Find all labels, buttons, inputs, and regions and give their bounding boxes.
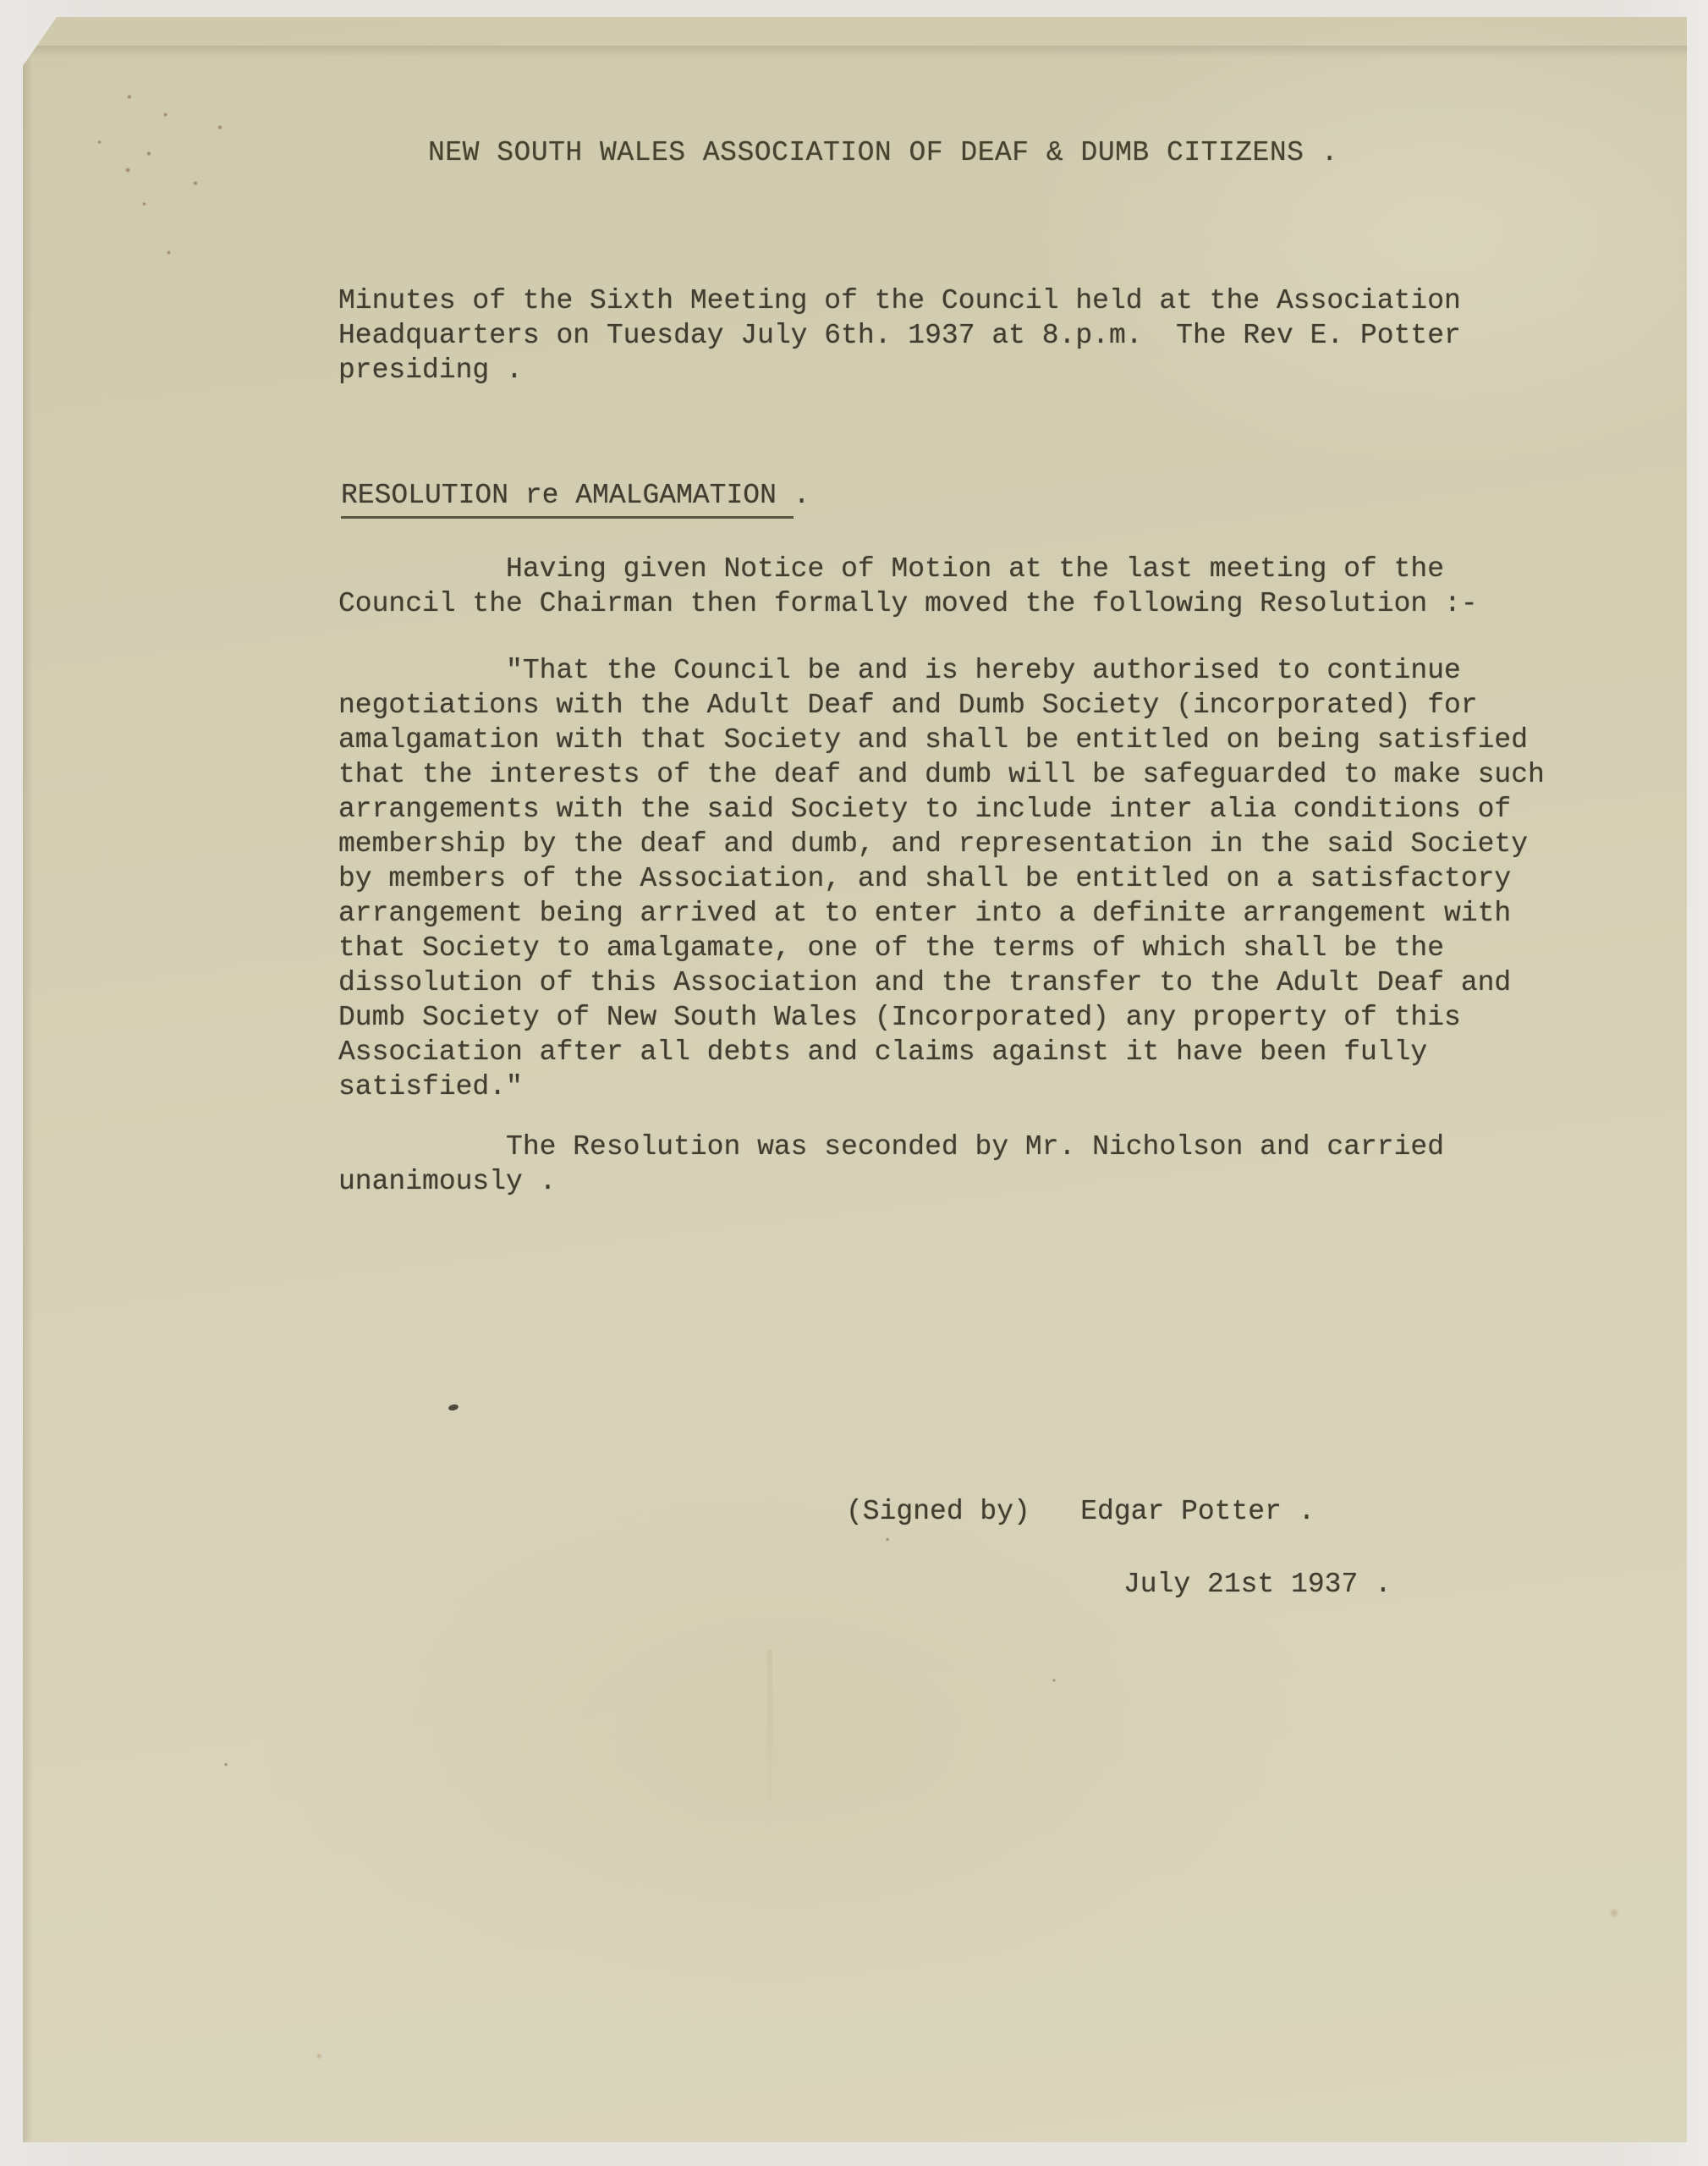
resolution-quote-paragraph: "That the Council be and is hereby autho…	[338, 653, 1545, 1104]
foxing-speck	[193, 181, 198, 185]
foxing-speck	[224, 1762, 228, 1767]
meeting-intro-paragraph: Minutes of the Sixth Meeting of the Coun…	[338, 283, 1461, 388]
foxing-speck	[886, 1537, 889, 1542]
foxing-speck	[127, 95, 132, 99]
document-title: NEW SOUTH WALES ASSOCIATION OF DEAF & DU…	[428, 135, 1338, 170]
date-line: July 21st 1937 .	[1123, 1567, 1392, 1602]
page-background: NEW SOUTH WALES ASSOCIATION OF DEAF & DU…	[0, 0, 1708, 2166]
ink-blot	[448, 1404, 459, 1411]
heading-period: .	[794, 480, 810, 511]
paper-left-edge-shade	[23, 17, 33, 2142]
resolution-section-heading: RESOLUTION re AMALGAMATION .	[341, 478, 810, 519]
notice-of-motion-paragraph: Having given Notice of Motion at the las…	[338, 552, 1478, 621]
document-paper: NEW SOUTH WALES ASSOCIATION OF DEAF & DU…	[23, 17, 1687, 2142]
foxing-speck	[97, 140, 102, 144]
signed-by-line: (Signed by) Edgar Potter .	[846, 1494, 1315, 1529]
seconded-paragraph: The Resolution was seconded by Mr. Nicho…	[338, 1130, 1444, 1199]
foxing-speck	[163, 113, 168, 117]
foxing-speck	[1052, 1679, 1056, 1682]
paper-top-fold-shadow	[23, 46, 1687, 58]
heading-underlined-text: RESOLUTION re AMALGAMATION	[341, 478, 794, 519]
foxing-speck	[167, 250, 171, 255]
paper-streak	[767, 1650, 772, 1836]
faint-stain	[316, 2053, 322, 2059]
foxing-speck	[125, 168, 130, 173]
foxing-speck	[217, 125, 222, 129]
foxing-speck	[142, 202, 146, 206]
foxing-speck	[146, 151, 151, 156]
faint-stain	[1608, 1908, 1620, 1918]
